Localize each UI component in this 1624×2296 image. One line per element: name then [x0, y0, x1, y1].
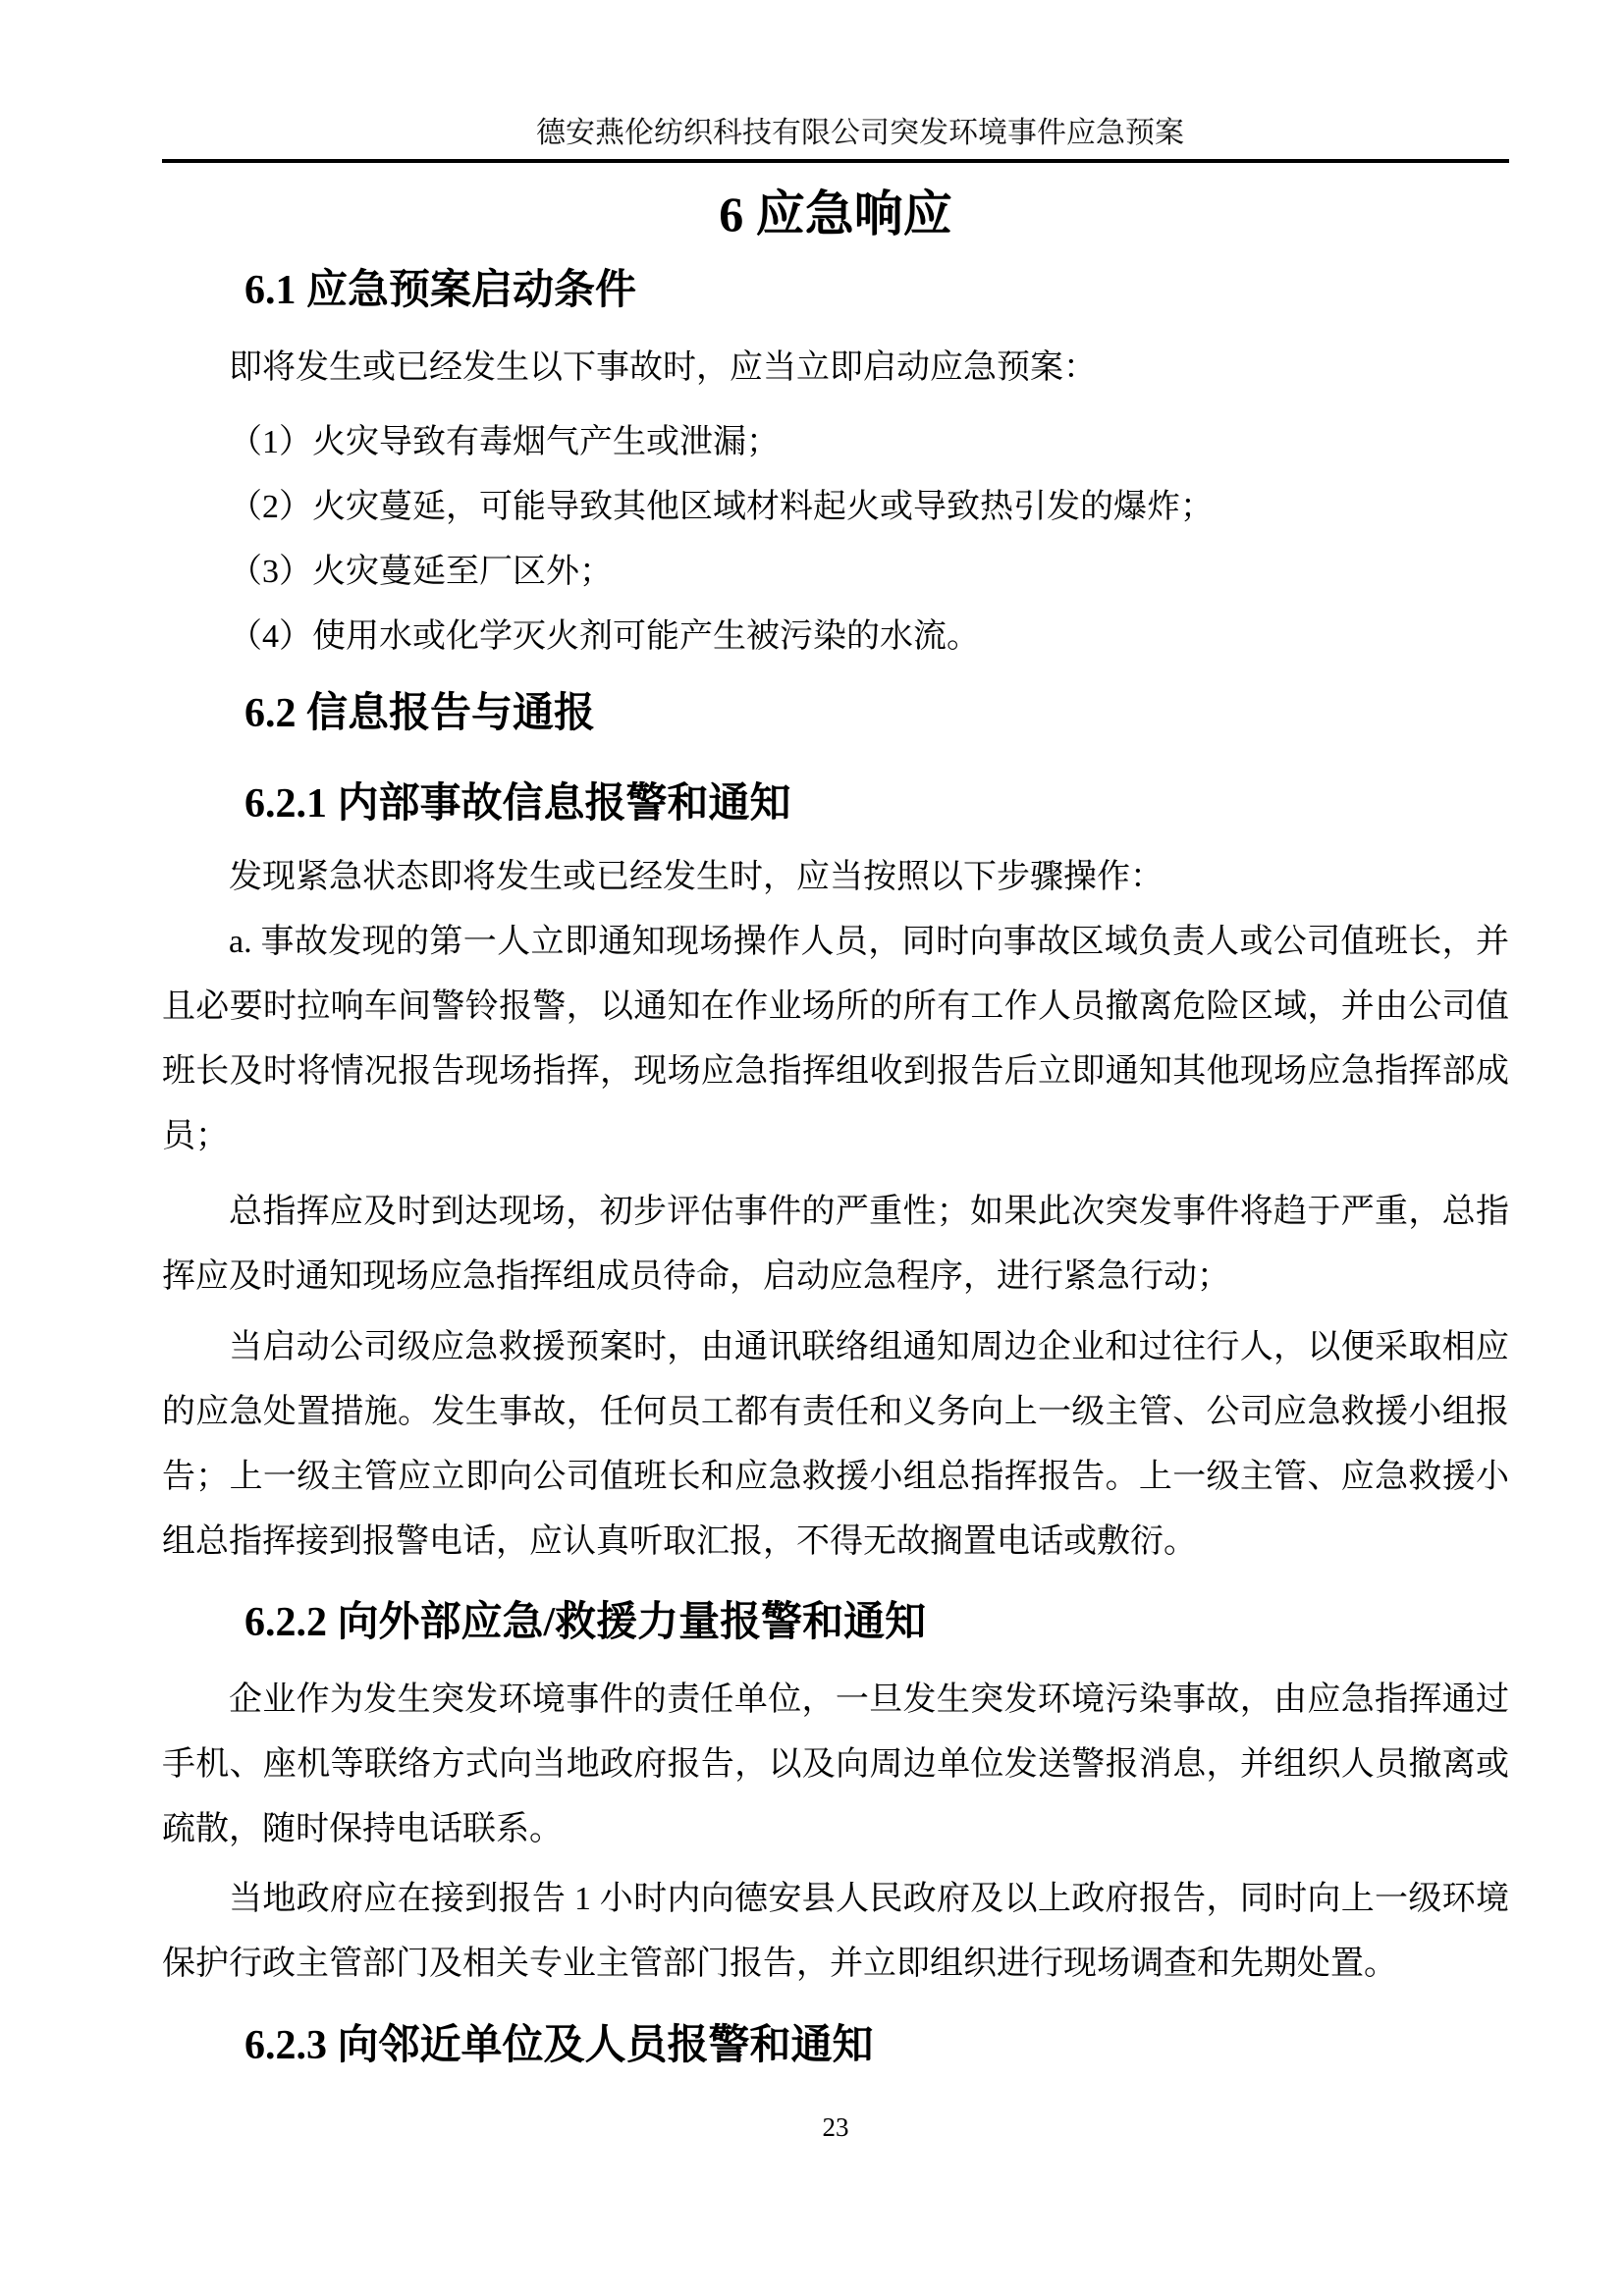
chapter-title: 6 应急响应 [162, 183, 1509, 245]
paragraph-company-level-response: 当启动公司级应急救援预案时，由通讯联络组通知周边企业和过往行人，以便采取相应的应… [162, 1315, 1509, 1575]
paragraph-internal-alarm-intro: 发现紧急状态即将发生或已经发生时，应当按照以下步骤操作： [162, 845, 1509, 910]
list-item-2: （2）火灾蔓延，可能导致其他区域材料起火或导致热引发的爆炸； [162, 475, 1509, 540]
document-page: 德安燕伦纺织科技有限公司突发环境事件应急预案 6 应急响应 6.1 应急预案启动… [0, 0, 1624, 2296]
paragraph-local-government-report: 当地政府应在接到报告 1 小时内向德安县人民政府及以上政府报告，同时向上一级环境… [162, 1867, 1509, 1997]
subsection-heading-6-2-3: 6.2.3 向邻近单位及人员报警和通知 [162, 2019, 1509, 2072]
running-header: 德安燕伦纺织科技有限公司突发环境事件应急预案 [162, 116, 1509, 151]
paragraph-external-report: 企业作为发生突发环境事件的责任单位，一旦发生突发环境污染事故，由应急指挥通过手机… [162, 1668, 1509, 1862]
section-heading-6-1: 6.1 应急预案启动条件 [162, 263, 1509, 318]
list-item-3: （3）火灾蔓延至厂区外； [162, 540, 1509, 605]
subsection-heading-6-2-2: 6.2.2 向外部应急/救援力量报警和通知 [162, 1596, 1509, 1649]
subsection-heading-6-2-1: 6.2.1 内部事故信息报警和通知 [162, 777, 1509, 830]
list-item-1: （1）火灾导致有毒烟气产生或泄漏； [162, 410, 1509, 475]
list-item-4: （4）使用水或化学灭火剂可能产生被污染的水流。 [162, 605, 1509, 669]
paragraph-internal-alarm-step-a: a. 事故发现的第一人立即通知现场操作人员，同时向事故区域负责人或公司值班长，并… [162, 910, 1509, 1169]
header-rule-divider [162, 159, 1509, 163]
paragraph-trigger-conditions: 即将发生或已经发生以下事故时，应当立即启动应急预案： [162, 336, 1509, 400]
section-heading-6-2: 6.2 信息报告与通报 [162, 686, 1509, 741]
paragraph-chief-commander: 总指挥应及时到达现场，初步评估事件的严重性；如果此次突发事件将趋于严重，总指挥应… [162, 1180, 1509, 1309]
page-number: 23 [162, 2110, 1509, 2144]
